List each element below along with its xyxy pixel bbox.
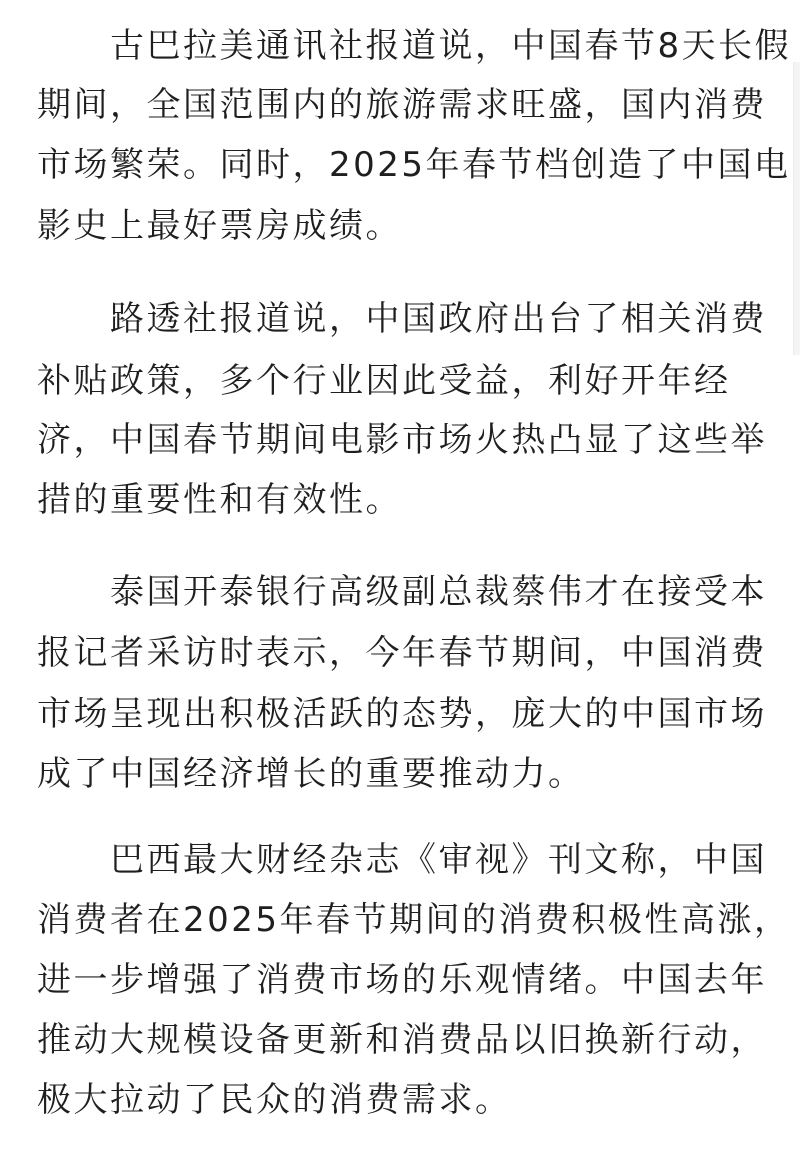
paragraph-line: 成了中国经济增长的重要推动力。 [37,752,777,796]
paragraph-line: 推动大规模设备更新和消费品以旧换新行动， [37,1018,777,1062]
paragraph-line: 泰国开泰银行高级副总裁蔡伟才在接受本 [110,570,800,614]
paragraph-line: 措的重要性和有效性。 [37,478,777,522]
side-scroll-panel [793,62,800,355]
paragraph-line: 补贴政策，多个行业因此受益，利好开年经 [37,359,777,403]
paragraph-line: 消费者在2025年春节期间的消费积极性高涨， [37,898,777,942]
paragraph-line: 极大拉动了民众的消费需求。 [37,1078,777,1122]
paragraph-line: 进一步增强了消费市场的乐观情绪。中国去年 [37,958,777,1002]
paragraph-line: 巴西最大财经杂志《审视》刊文称，中国 [110,838,800,882]
paragraph-line: 古巴拉美通讯社报道说，中国春节8天长假 [110,24,800,68]
paragraph-line: 路透社报道说，中国政府出台了相关消费 [110,297,800,341]
paragraph-line: 期间，全国范围内的旅游需求旺盛，国内消费 [37,83,777,127]
article-body: 古巴拉美通讯社报道说，中国春节8天长假 期间，全国范围内的旅游需求旺盛，国内消费… [0,0,800,1150]
paragraph-line: 影史上最好票房成绩。 [37,204,777,248]
paragraph-line: 市场繁荣。同时，2025年春节档创造了中国电 [37,143,777,187]
paragraph-line: 市场呈现出积极活跃的态势，庞大的中国市场 [37,692,777,736]
paragraph-line: 报记者采访时表示，今年春节期间，中国消费 [37,631,777,675]
paragraph-line: 济，中国春节期间电影市场火热凸显了这些举 [37,418,777,462]
